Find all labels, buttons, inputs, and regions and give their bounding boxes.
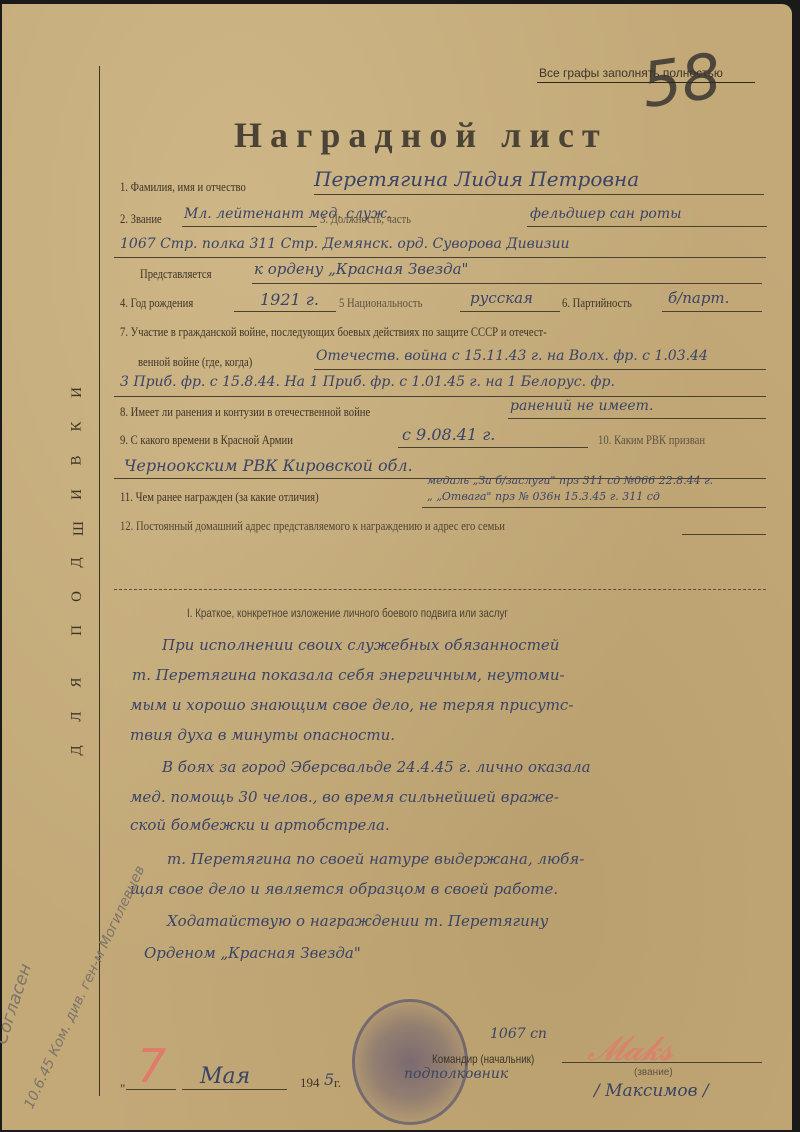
field-12-label: 12. Постоянный домашний адрес представля… [120, 518, 505, 534]
side-letter: Д [69, 557, 86, 567]
section-heading: I. Краткое, конкретное изложение личного… [187, 606, 508, 620]
unit-handwritten: 1067 сп [490, 1026, 547, 1042]
narrative-line: твия духа в минуты опасности. [130, 726, 395, 744]
date-year-prefix: 194 [300, 1075, 320, 1091]
field-7-label-line2: венной войне (где, когда) [138, 354, 252, 370]
field-9-underline [398, 447, 588, 448]
divider [537, 82, 755, 83]
date-day-underline [126, 1089, 176, 1090]
date-month[interactable]: Мая [200, 1064, 250, 1089]
field-8-underline [508, 418, 766, 419]
rank-handwritten: подполковник [404, 1066, 508, 1082]
header-instruction: Все графы заполнять полностью [539, 66, 723, 80]
date-day[interactable]: 7 [137, 1039, 166, 1093]
field-5-value[interactable]: русская [470, 289, 533, 307]
narrative-line: Орденом „Красная Звезда" [144, 944, 361, 962]
field-5-underline [460, 311, 560, 312]
field-3-value-line2[interactable]: 1067 Стр. полка 311 Стр. Демянск. орд. С… [120, 236, 569, 252]
side-letter: И [69, 489, 86, 500]
presented-label: Представляется [140, 266, 212, 282]
narrative-line: Ходатайствую о награждении т. Перетягину [167, 912, 548, 930]
narrative-line: щая свое дело и является образцом в свое… [130, 880, 558, 898]
side-letter: В [69, 455, 86, 465]
field-2-label: 2. Звание [120, 211, 162, 227]
date-quote-mark: " [120, 1081, 125, 1097]
field-7-value-line1[interactable]: Отечеств. война с 15.11.43 г. на Волх. ф… [316, 348, 708, 364]
field-11-value-line1[interactable]: медаль „За б/заслуги" прз 311 сд №066 22… [427, 474, 713, 487]
commander-signature: 𝓜𝓪𝓴𝓼 [587, 1029, 671, 1069]
side-letter: П [69, 625, 86, 636]
presented-value[interactable]: к ордену „Красная Звезда" [254, 260, 468, 278]
field-3-value[interactable]: фельдшер сан роты [530, 206, 682, 222]
field-5-label: 5 Национальность [339, 295, 422, 311]
date-year-suffix[interactable]: 5 [324, 1070, 334, 1089]
narrative-line: мым и хорошо знающим свое дело, не теряя… [130, 696, 573, 714]
field-8-value[interactable]: ранений не имеет. [510, 398, 653, 414]
award-sheet-page: 58 Все графы заполнять полностью Наградн… [2, 4, 792, 1130]
field-7-underline-2 [114, 396, 766, 397]
field-11-underline [422, 507, 766, 508]
field-8-label: 8. Имеет ли ранения и контузии в отечест… [120, 404, 370, 420]
field-10-value[interactable]: Черноокским РВК Кировской обл. [124, 456, 413, 475]
narrative-line: При исполнении своих служебных обязаннос… [162, 636, 559, 654]
field-3-underline [527, 226, 767, 227]
field-1-value[interactable]: Перетягина Лидия Петровна [314, 167, 639, 191]
side-letter: К [69, 421, 86, 431]
side-label-for-binding: Д Л Я П О Д Ш И В К И [72, 384, 92, 764]
field-6-underline [662, 311, 762, 312]
presented-underline [252, 283, 762, 284]
field-9-value[interactable]: с 9.08.41 г. [402, 425, 495, 444]
side-letter: Д [69, 745, 86, 755]
narrative-line: В боях за город Эберсвальде 24.4.45 г. л… [162, 758, 591, 776]
date-year-g: г. [334, 1075, 341, 1091]
field-1-underline [314, 194, 764, 195]
side-letter: Л [69, 711, 86, 721]
page-title: Наградной лист [234, 114, 608, 156]
field-10-label: 10. Каким РВК призван [598, 432, 705, 448]
field-2-underline [182, 226, 317, 227]
field-3-label: 3. Должность, часть [320, 211, 411, 227]
narrative-line: т. Перетягина по своей натуре выдержана,… [167, 850, 584, 868]
field-7-label-line1: 7. Участие в гражданской войне, последую… [120, 324, 547, 340]
narrative-line: т. Перетягина показала себя энергичным, … [132, 666, 565, 684]
corner-number: 58 [637, 39, 725, 122]
field-4-underline [234, 311, 336, 312]
side-letter: Я [69, 677, 86, 687]
field-11-value-line2[interactable]: „ „Отвага" прз № 036н 15.3.45 г. 311 сд [427, 490, 660, 503]
field-7-value-line2[interactable]: 3 Приб. фр. с 15.8.44. На 1 Приб. фр. с … [120, 374, 615, 390]
commander-name: / Максимов / [594, 1081, 709, 1101]
field-9-label: 9. С какого времени в Красной Армии [120, 432, 293, 448]
side-letter: И [69, 387, 86, 398]
side-letter: О [69, 591, 86, 602]
field-4-value[interactable]: 1921 г. [260, 290, 319, 309]
narrative-line: ской бомбежки и артобстрела. [130, 816, 390, 834]
field-12-underline-2 [114, 589, 766, 590]
narrative-line: мед. помощь 30 челов., во время сильнейш… [130, 788, 559, 806]
field-4-label: 4. Год рождения [120, 295, 193, 311]
field-6-value[interactable]: б/парт. [668, 289, 729, 307]
rank-caption: (звание) [634, 1067, 673, 1078]
field-11-label: 11. Чем ранее награжден (за какие отличи… [120, 489, 319, 505]
side-letter: Ш [71, 521, 88, 536]
field-12-underline [682, 534, 766, 535]
field-3-underline-2 [114, 257, 766, 258]
field-6-label: 6. Партийность [562, 295, 632, 311]
margin-note-line1: Согласен [0, 961, 36, 1047]
field-7-underline [314, 369, 766, 370]
field-1-label: 1. Фамилия, имя и отчество [120, 179, 246, 195]
commander-label: Командир (начальник) [432, 1052, 534, 1066]
date-month-underline [182, 1089, 287, 1090]
